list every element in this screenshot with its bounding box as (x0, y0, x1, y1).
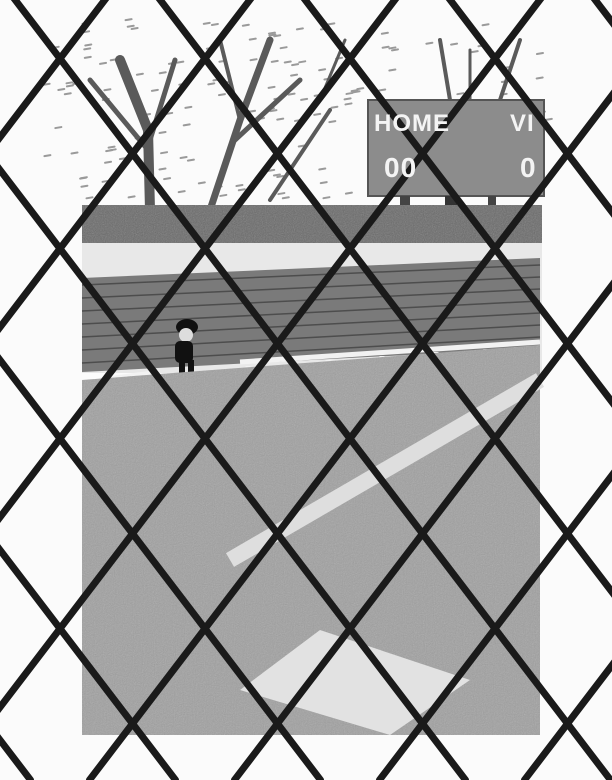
scoreboard-visitor-score: 0 (520, 152, 537, 184)
illustration: HOME VI 00 0 (0, 0, 612, 780)
scoreboard-home-label: HOME (374, 110, 450, 138)
scoreboard-visitor-label: VI (510, 110, 535, 138)
scoreboard-home-score: 00 (384, 152, 417, 184)
